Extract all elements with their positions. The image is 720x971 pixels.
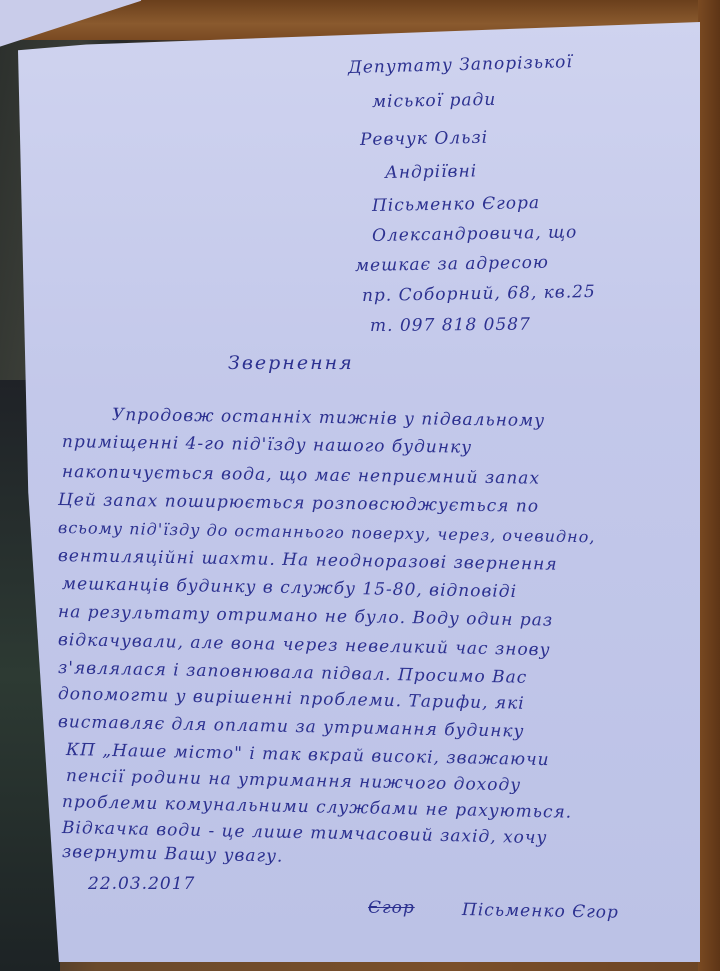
addressee-line-3: Ревчук Ользі [360,128,488,150]
wooden-table-edge [698,0,720,971]
addressee-line-4: Андріївні [385,161,477,183]
document-title: Звернення [228,352,354,374]
sender-line-3: мешкає за адресою [355,253,549,276]
document-date: 22.03.2017 [88,874,195,894]
sender-phone: т. 097 818 0587 [370,315,531,336]
addressee-line-2: міської ради [372,90,497,112]
sender-address: пр. Соборний, 68, кв.25 [362,282,596,306]
signature-mark: Єгор [368,898,415,918]
sender-line-2: Олександровича, що [372,222,578,246]
signature-name: Пісьменко Єгор [462,900,619,923]
sender-line-1: Пісьменко Єгора [372,193,540,216]
